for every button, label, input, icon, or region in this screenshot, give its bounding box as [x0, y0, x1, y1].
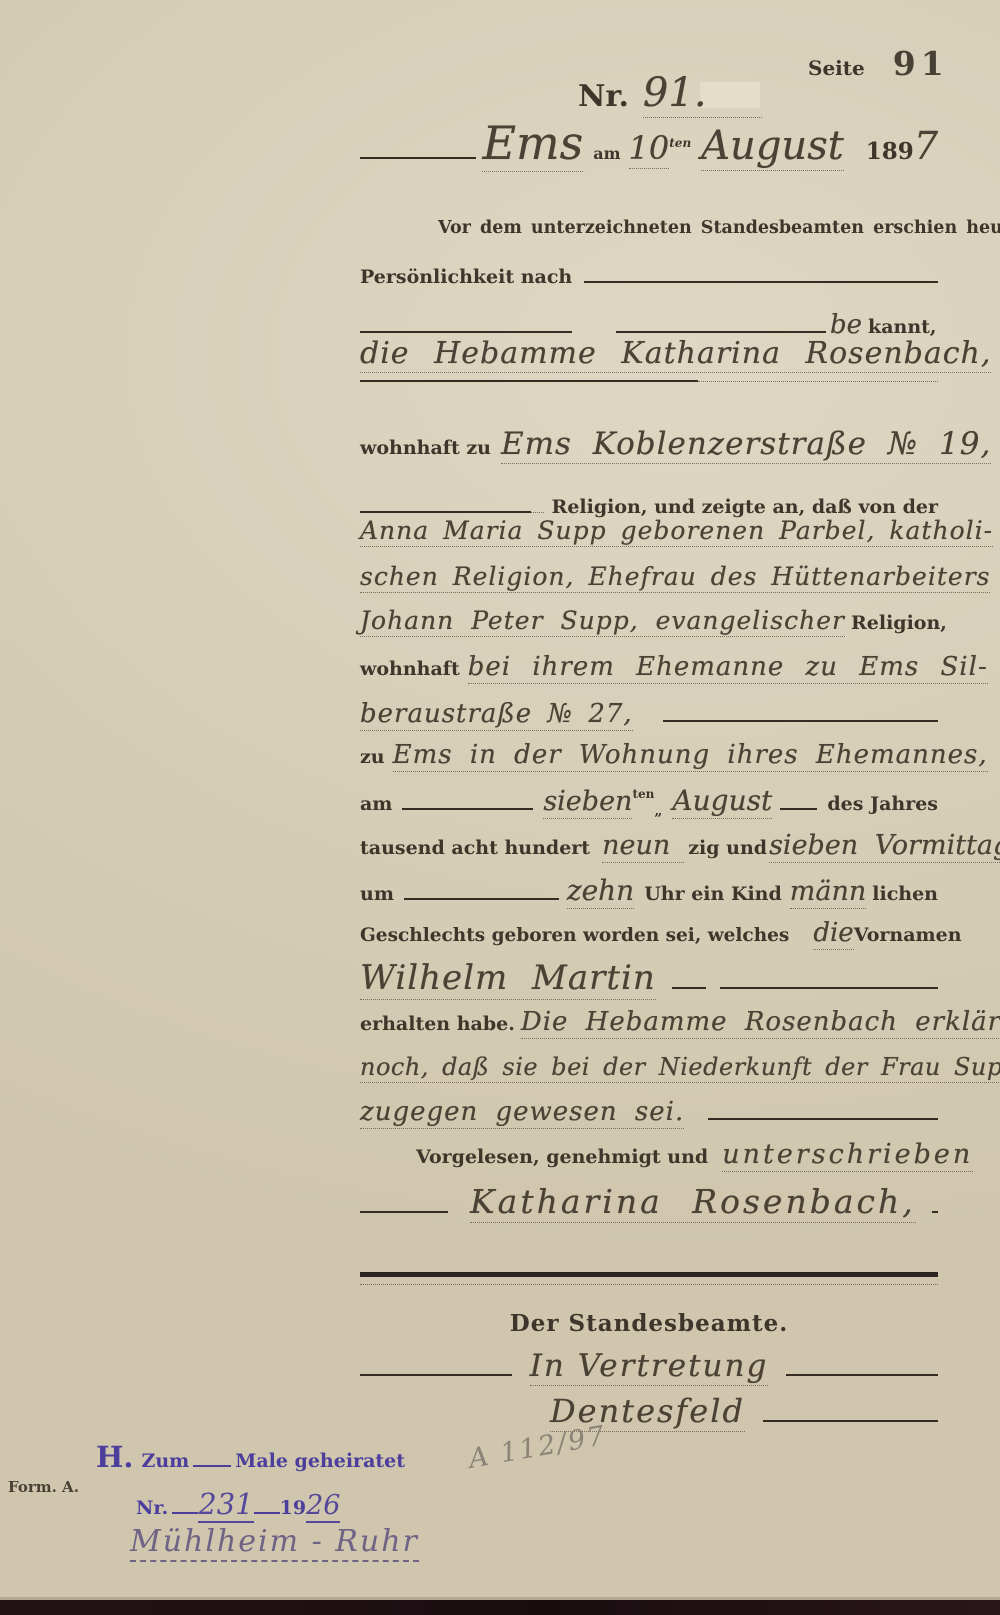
geschlechts-printed: Geschlechts geboren worden sei, welches	[360, 925, 789, 946]
marriage-stamp-line1: H. Zum Male geheiratet	[96, 1440, 405, 1474]
intro-line2: Persönlichkeit nach	[360, 266, 572, 288]
intro-row: Vor dem unterzeichneten Standesbeamten e…	[438, 218, 938, 238]
stamp-nr-label: Nr.	[136, 1497, 168, 1519]
stamp-h-label: H.	[96, 1440, 134, 1474]
wohnhaft-zu-label: wohnhaft zu	[360, 437, 491, 459]
declarant-handwritten: die Hebamme Katharina Rosenbach,	[360, 336, 991, 373]
gender-handwritten: männ	[790, 876, 866, 909]
tausend-label: tausend acht hundert	[360, 837, 590, 859]
deputy-row: In Vertretung	[360, 1348, 938, 1386]
stamp-city-handwritten: Mühlheim - Ruhr	[130, 1524, 419, 1562]
year-handwritten: 7	[914, 124, 938, 168]
midwife-note2-row: noch, daß sie bei der Niederkunft der Fr…	[360, 1053, 938, 1083]
registrar-title-row: Der Standesbeamte.	[360, 1310, 938, 1337]
intro-line1: Vor dem unterzeichneten Standesbeamten e…	[438, 218, 1000, 238]
birth-day-handwritten: sieben	[543, 786, 632, 819]
family-residence-row-2: beraustraße № 27,	[360, 699, 938, 731]
dateline-month-handwritten: August	[701, 123, 844, 171]
family-residence-row-1: wohnhaft bei ihrem Ehemanne zu Ems Sil-	[360, 652, 938, 684]
religion-clause-printed: Religion, und zeigte an, daß von der	[552, 496, 938, 518]
birth-year-row: tausend acht hundert neun zig und sieben…	[360, 830, 938, 863]
bekannt-printed: kannt,	[868, 316, 937, 338]
year-printed: 189	[866, 138, 914, 165]
dateline-day-handwritten: 10	[629, 129, 670, 169]
stamp-zum-label: Zum	[142, 1450, 190, 1472]
family-residence2-handwritten: beraustraße № 27,	[360, 699, 633, 731]
um-label: um	[360, 883, 394, 905]
nr-label: Nr.	[578, 79, 629, 114]
mother-row-2: schen Religion, Ehefrau des Hüttenarbeit…	[360, 562, 938, 593]
form-label-row: Form. A.	[8, 1478, 79, 1496]
record-number-row: Nr. 91.	[578, 70, 762, 118]
child-name-row: Wilhelm Martin	[360, 958, 938, 1000]
page-number-block: Seite 91	[808, 44, 949, 83]
birth-day-suffix-mark: „	[654, 803, 662, 819]
declarant-address-handwritten: Ems Koblenzerstraße № 19,	[501, 426, 991, 464]
page-bottom-edge	[0, 1600, 1000, 1615]
midwife-signature: Katharina Rosenbach,	[470, 1182, 916, 1223]
religion-clause-row: Religion, und zeigte an, daß von der	[360, 496, 938, 518]
year-units-handwritten: sieben Vormittag	[769, 830, 1000, 863]
uhr-kind-label: Uhr ein Kind	[644, 883, 782, 905]
geschlechts-row: Geschlechts geboren worden sei, welches …	[360, 918, 938, 950]
section-divider-rule	[360, 1272, 938, 1285]
am-label: am	[593, 144, 620, 163]
wohnhaft-label: wohnhaft	[360, 658, 460, 680]
die-handwritten: die	[813, 918, 853, 950]
midwife-signature-row: Katharina Rosenbach,	[360, 1182, 938, 1223]
family-residence1-handwritten: bei ihrem Ehemanne zu Ems Sil-	[468, 652, 988, 684]
birth-date-row: am sieben ten„ August des Jahres	[360, 784, 938, 819]
birth-month-handwritten: August	[672, 784, 772, 819]
declarant-address-row: wohnhaft zu Ems Koblenzerstraße № 19,	[360, 426, 938, 464]
dateline-day-suffix: ten	[669, 136, 691, 150]
registry-document-page: Seite 91 Nr. 91. Ems am 10ten August 189…	[0, 0, 1000, 1615]
birth-place-handwritten: Ems in der Wohnung ihres Ehemannes,	[393, 740, 988, 772]
declarant-row: die Hebamme Katharina Rosenbach,	[360, 336, 938, 373]
midwife-note3-handwritten: zugegen gewesen sei.	[360, 1097, 684, 1129]
vorgelesen-label: Vorgelesen, genehmigt und	[416, 1146, 708, 1168]
marriage-stamp-city-row: Mühlheim - Ruhr	[130, 1524, 419, 1562]
unterschrieben-handwritten: unterschrieben	[722, 1139, 973, 1172]
birth-hour-handwritten: zehn	[567, 874, 634, 909]
birth-hour-row: um zehn Uhr ein Kind männ lichen	[360, 874, 938, 909]
closing-row: Vorgelesen, genehmigt und unterschrieben	[416, 1139, 938, 1172]
birth-day-suffix: ten	[632, 787, 654, 801]
marriage-stamp-line2: Nr. 231 19 26	[136, 1487, 340, 1523]
deputy-note-handwritten: In Vertretung	[530, 1348, 769, 1386]
mother-line2-handwritten: schen Religion, Ehefrau des Hüttenarbeit…	[360, 562, 990, 593]
vornamen-label: Vornamen	[854, 924, 962, 946]
des-jahres-label: des Jahres	[827, 793, 938, 815]
am2-label: am	[360, 793, 392, 815]
religion-label-printed: Religion,	[851, 612, 947, 634]
record-number-handwritten: 91.	[643, 70, 762, 118]
blank-rule-row	[360, 380, 938, 382]
father-row: Johann Peter Supp, evangelischer Religio…	[360, 606, 938, 637]
gender-suffix-printed: lichen	[872, 883, 938, 905]
year-tens-handwritten: neun	[602, 830, 684, 863]
midwife-note3-row: zugegen gewesen sei.	[360, 1097, 938, 1129]
mother-row-1: Anna Maria Supp geborenen Parbel, kathol…	[360, 516, 938, 547]
child-name-handwritten: Wilhelm Martin	[360, 958, 656, 1000]
birth-place-row: zu Ems in der Wohnung ihres Ehemannes,	[360, 740, 938, 772]
father-handwritten: Johann Peter Supp, evangelischer	[360, 606, 845, 637]
midwife-note1-handwritten: Die Hebamme Rosenbach erklärte	[521, 1007, 1000, 1039]
mother-line1-handwritten: Anna Maria Supp geborenen Parbel, kathol…	[360, 516, 993, 547]
midwife-note2-handwritten: noch, daß sie bei der Niederkunft der Fr…	[360, 1053, 1000, 1083]
form-label: Form. A.	[8, 1478, 79, 1496]
registrar-signature-row: Dentesfeld	[360, 1392, 938, 1432]
stamp-male-label: Male geheiratet	[235, 1450, 405, 1472]
stamp-nr-value-handwritten: 231	[198, 1487, 253, 1523]
dateline-row: Ems am 10ten August 189 7	[360, 116, 938, 172]
erhalten-row: erhalten habe. Die Hebamme Rosenbach erk…	[360, 1007, 938, 1039]
erhalten-label: erhalten habe.	[360, 1013, 515, 1035]
persoenlichkeit-row: Persönlichkeit nach	[360, 266, 938, 288]
dateline-place-handwritten: Ems	[482, 116, 583, 172]
zig-und-label: zig und	[688, 837, 767, 859]
stamp-year-printed: 19	[280, 1497, 306, 1519]
zu-label: zu	[360, 746, 385, 768]
seite-label: Seite	[808, 56, 865, 80]
page-number: 91	[893, 44, 949, 83]
stamp-year-handwritten: 26	[306, 1490, 340, 1523]
registrar-title: Der Standesbeamte.	[510, 1310, 788, 1337]
